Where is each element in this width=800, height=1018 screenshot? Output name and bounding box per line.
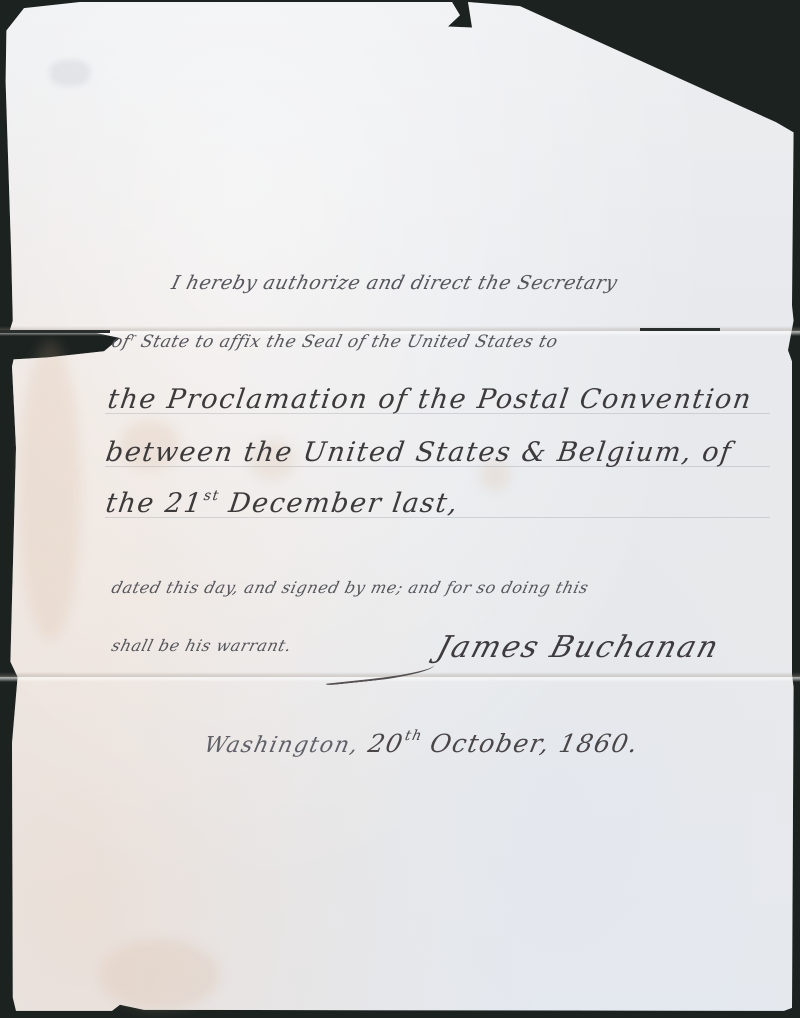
manuscript-line-3-prefix: the 21	[104, 488, 205, 519]
manuscript-line-1: the Proclamation of the Postal Conventio…	[106, 384, 754, 415]
manuscript-line-3: the 21st December last,	[104, 488, 461, 519]
dateline-place: Washington,	[202, 733, 362, 758]
engraved-line-2-text: State to affix the Seal of the United St…	[139, 332, 560, 352]
closing-line-1: dated this day, and signed by me; and fo…	[110, 578, 591, 597]
foxing-stain	[100, 940, 220, 1010]
signature: James Buchanan	[433, 630, 724, 665]
document-scan: I hereby authorize and direct the Secret…	[0, 0, 800, 1018]
manuscript-line-2: between the United States & Belgium, of	[104, 437, 734, 468]
dateline-month-year: October, 1860.	[418, 729, 642, 758]
dateline: Washington, 20th October, 1860.	[202, 728, 642, 758]
closing-line-2: shall be his warrant.	[110, 636, 294, 655]
engraved-line-2-sup: r	[129, 332, 137, 343]
edge-discoloration	[20, 340, 80, 640]
dateline-day: 20	[366, 729, 407, 758]
faint-stamp-mark	[50, 60, 90, 86]
engraved-line-1: I hereby authorize and direct the Secret…	[169, 272, 620, 294]
engraved-line-2: ofr State to affix the Seal of the Unite…	[110, 332, 561, 352]
manuscript-line-3-suffix: December last,	[217, 488, 461, 519]
